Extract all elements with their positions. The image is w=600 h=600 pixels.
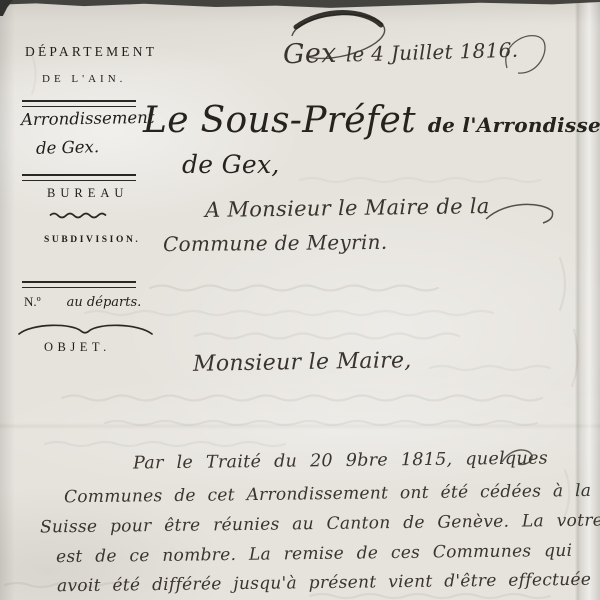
letterhead-numero-line: N.ºau départs. [24, 294, 141, 310]
salutation: Monsieur le Maire, [193, 348, 412, 377]
scanned-letter-page: DÉPARTEMENT DE L'AIN. Arrondissement de … [0, 0, 600, 600]
letterhead-divider-rule [22, 174, 136, 181]
letter-title-line2: de Gex, [182, 150, 280, 179]
addressee-swash [482, 197, 558, 227]
numero-label: N.º [24, 294, 41, 309]
wavy-underline [49, 211, 113, 220]
letter-title-script: Le Sous-Préfet [143, 100, 416, 141]
letterhead-arrondissement-line2: de Gex. [36, 137, 100, 158]
body-line1-swash [498, 444, 538, 470]
addressee-line1: A Monsieur le Maire de la [205, 194, 490, 222]
letter-title: Le Sous-Préfetde l'Arrondissement [143, 100, 600, 141]
letterhead-subdivision-label: SUBDIVISION. [44, 235, 140, 245]
letterhead-objet-label: OBJET. [44, 340, 111, 355]
letterhead-bureau-label: BUREAU [47, 186, 128, 201]
letterhead-department-line1: DÉPARTEMENT [25, 44, 157, 60]
addressee-line2: Commune de Meyrin. [163, 230, 388, 256]
dateline-place: Gex [283, 38, 338, 70]
dateline: Gexle 4 Juillet 1816. [283, 33, 519, 71]
letterhead-arrondissement-line1: Arrondissement [21, 108, 155, 129]
dateline-date: le 4 Juillet 1816. [345, 38, 518, 67]
letterhead-department-line2: DE L'AIN. [42, 73, 126, 85]
letterhead-divider-rule [22, 100, 136, 107]
letterhead-divider-rule [22, 281, 136, 288]
letter-title-small: de l'Arrondissement [428, 113, 600, 137]
objet-brace [16, 320, 156, 338]
numero-suffix: au départs. [67, 295, 142, 310]
